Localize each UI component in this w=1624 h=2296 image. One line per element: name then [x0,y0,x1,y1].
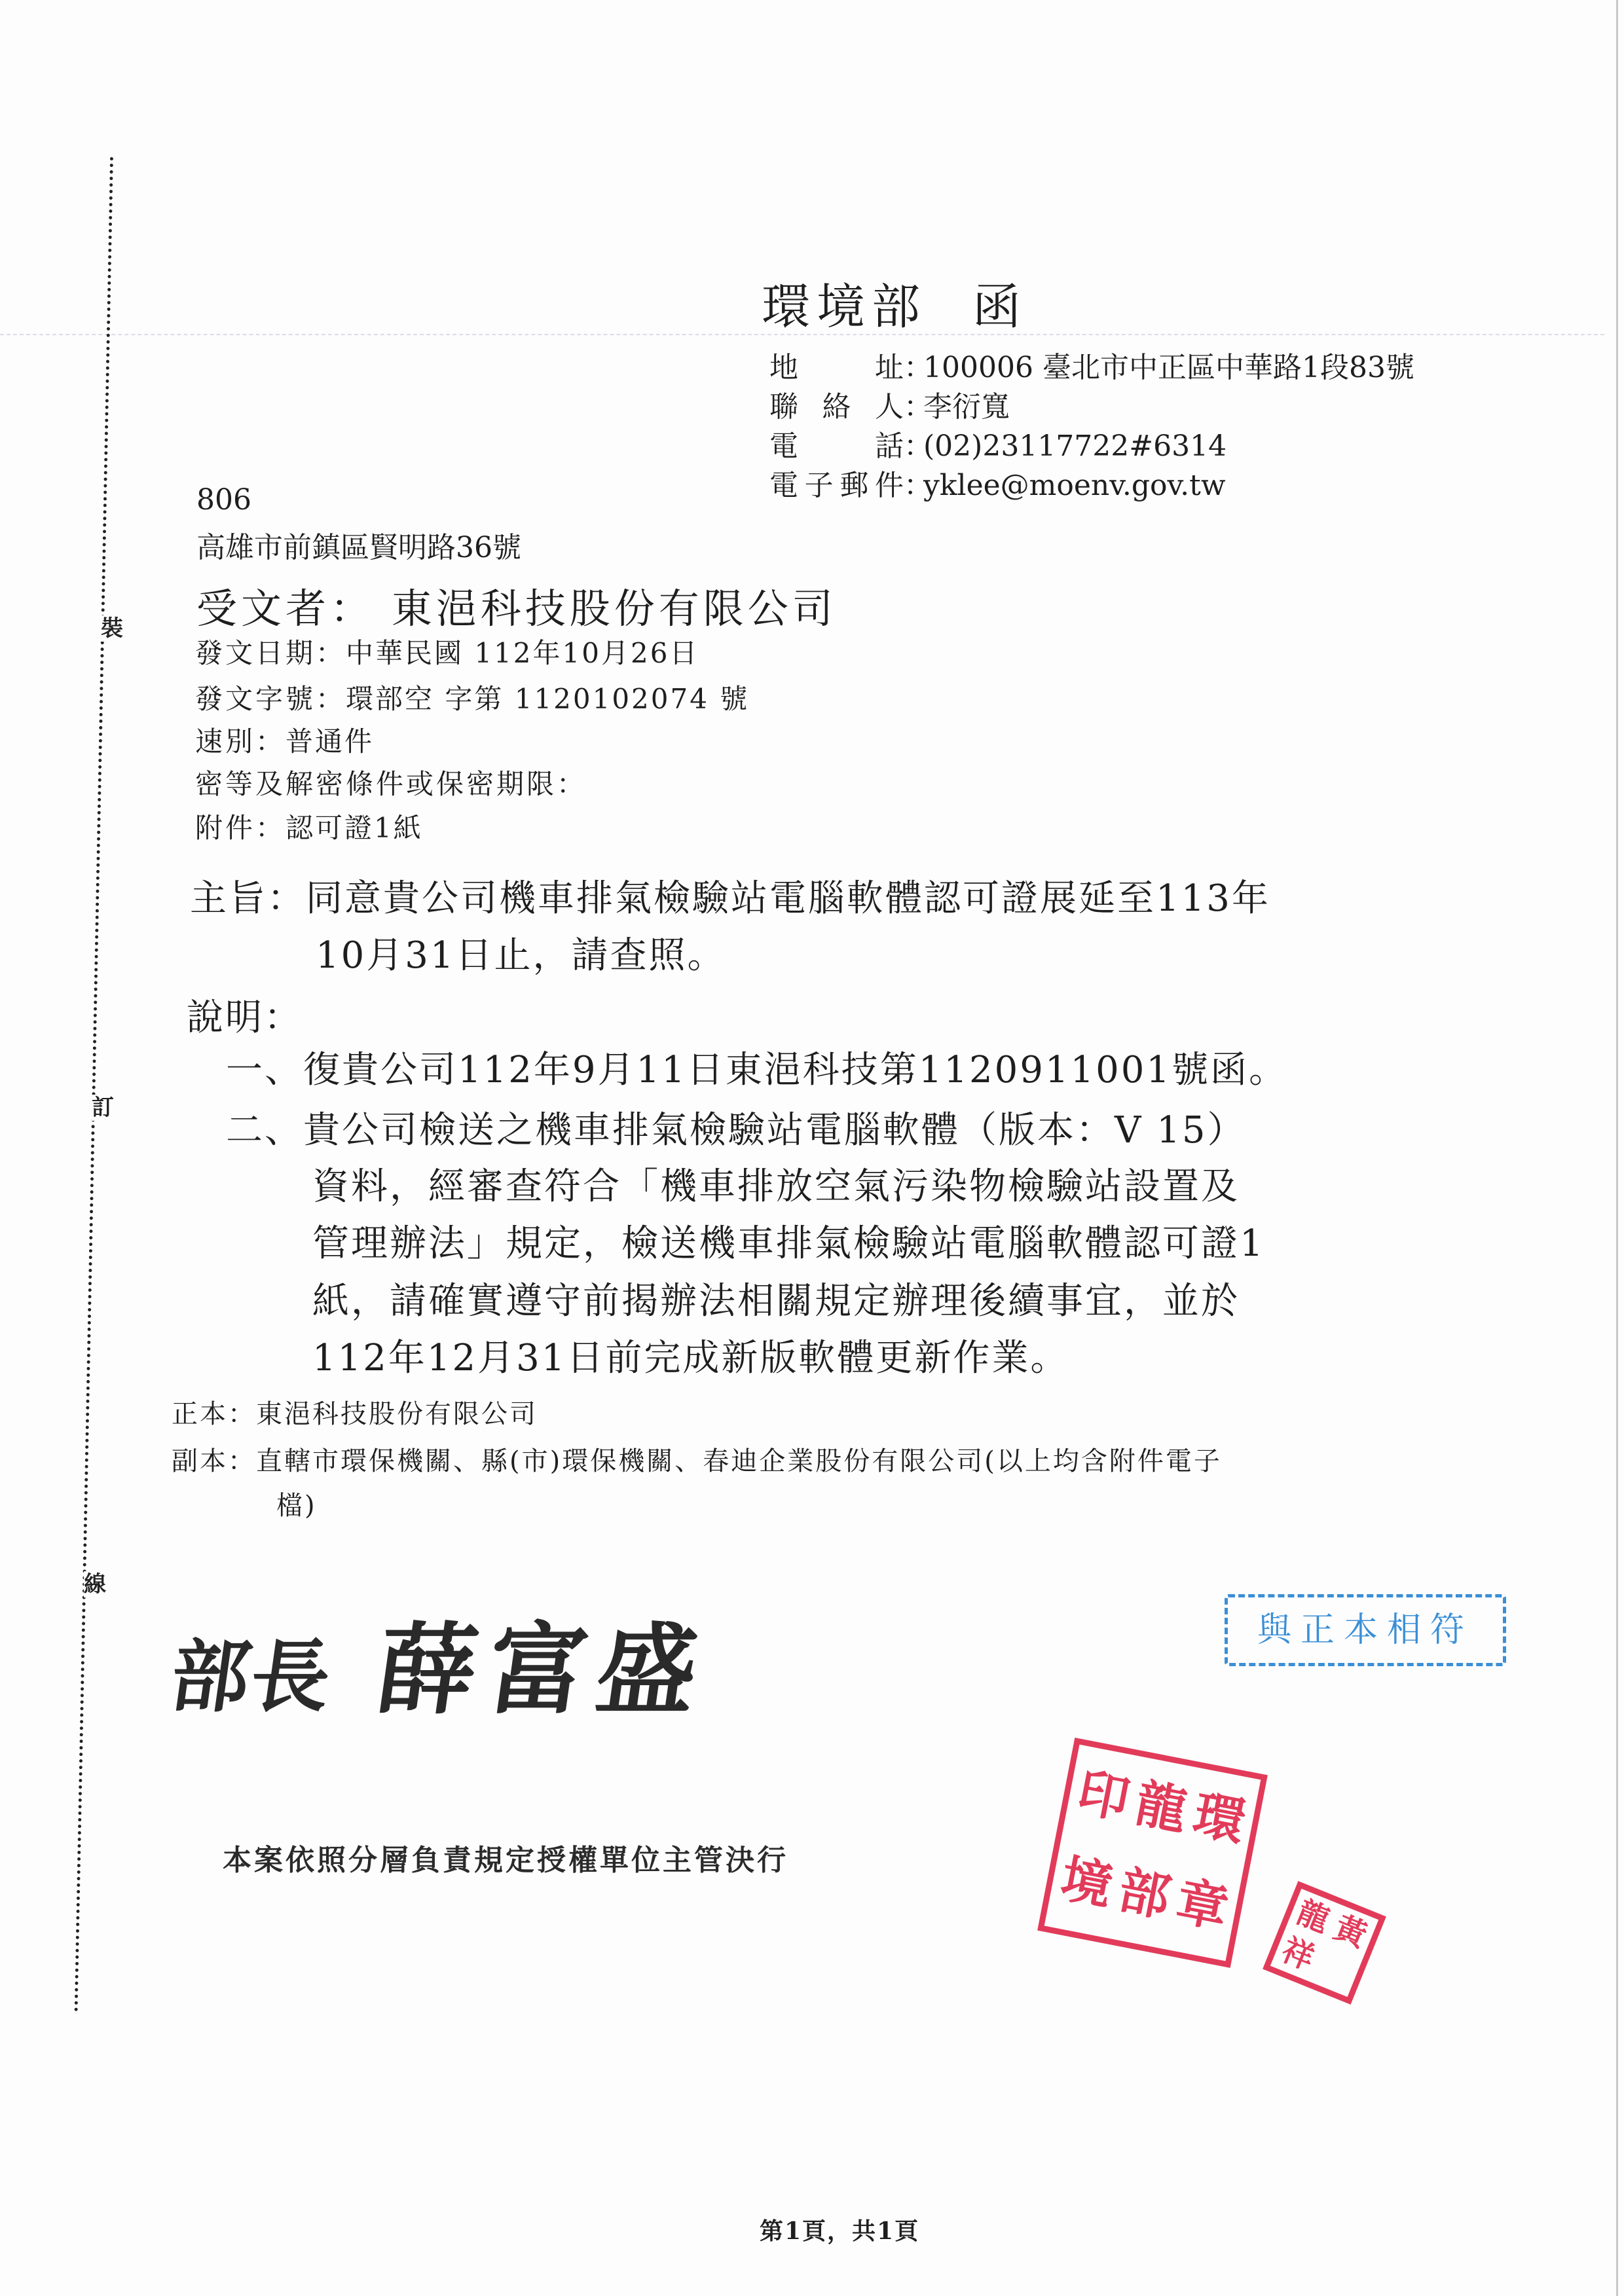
copy-recipients-line-1: 副本：直轄市環保機關、縣(市)環保機關、春迪企業股份有限公司(以上均含附件電子 [172,1440,1222,1478]
meta-attachment: 附件：認可證1紙 [195,807,423,846]
explanation-item-2-line-5: 112年12月31日前完成新版軟體更新作業。 [312,1329,1069,1381]
minister-title: 部長 [165,1631,338,1723]
original-recipient: 正本：東浥科技股份有限公司 [172,1393,538,1430]
explanation-item-2-line-2: 資料，經審查符合「機車排放空氣污染物檢驗站設置及 [312,1157,1240,1210]
recipient-label: 受文者： [196,585,375,632]
meta-doc-number: 發文字號：環部空 字第 1120102074 號 [195,678,749,717]
recipient-line: 受文者： 東浥科技股份有限公司 [196,576,837,634]
contact-address: 地址：100006 臺北市中正區中華路1段83號 [769,344,1414,386]
explanation-item-2-line-1: 二、貴公司檢送之機車排氣檢驗站電腦軟體（版本：V 15） [226,1101,1246,1154]
binding-mark-xian: 線 [84,1571,106,1597]
minister-signature: 部長 薛富盛 [164,1591,720,1732]
email-link[interactable]: yklee@moenv.gov.tw [923,469,1226,502]
document-type: 函 [972,279,1027,335]
meta-priority: 速別：普通件 [195,720,374,759]
explanation-item-1: 一、復貴公司112年9月11日東浥科技第1120911001號函。 [226,1041,1287,1093]
certified-copy-stamp: 與正本相符 [1225,1594,1506,1666]
official-seal-small: 龍 黃 祥 [1263,1881,1386,2005]
subject-line-2: 10月31日止，請查照。 [316,926,726,979]
explanation-item-2-line-3: 管理辦法」規定，檢送機車排氣檢驗站電腦軟體認可證1 [312,1214,1265,1267]
contact-phone: 電話：(02)23117722#6314 [769,422,1227,464]
contact-person: 聯絡人：李衍寬 [769,383,1010,425]
subject-line-1: 主旨：同意貴公司機車排氣檢驗站電腦軟體認可證展延至113年 [190,869,1270,922]
explanation-label: 說明： [187,989,303,1041]
document-title: 環境部函 [762,268,1027,338]
meta-classification: 密等及解密條件或保密期限： [195,763,587,802]
binding-mark-zhuang: 裝 [101,615,123,642]
postal-code: 806 [196,483,251,517]
binding-dotted-line [75,157,113,2013]
scan-edge [1616,0,1618,2296]
recipient-address: 高雄市前鎮區賢明路36號 [196,524,521,566]
page-number: 第1頁，共1頁 [760,2213,919,2246]
copy-recipients-line-2: 檔) [276,1485,317,1522]
meta-issue-date: 發文日期：中華民國 112年10月26日 [195,632,699,671]
contact-email: 電子郵件：yklee@moenv.gov.tw [769,462,1226,503]
minister-name: 薛富盛 [370,1613,716,1728]
agency-name: 環境部 [762,279,927,335]
recipient-name: 東浥科技股份有限公司 [392,585,837,632]
explanation-item-2-line-4: 紙，請確實遵守前揭辦法相關規定辦理後續事宜，並於 [312,1272,1240,1324]
official-seal-large: 印 龍 環 境 部 章 [1037,1738,1268,1968]
subject-label: 主旨： [190,877,306,920]
delegation-note: 本案依照分層負責規定授權單位主管決行 [223,1836,788,1878]
binding-mark-ding: 訂 [92,1095,114,1121]
